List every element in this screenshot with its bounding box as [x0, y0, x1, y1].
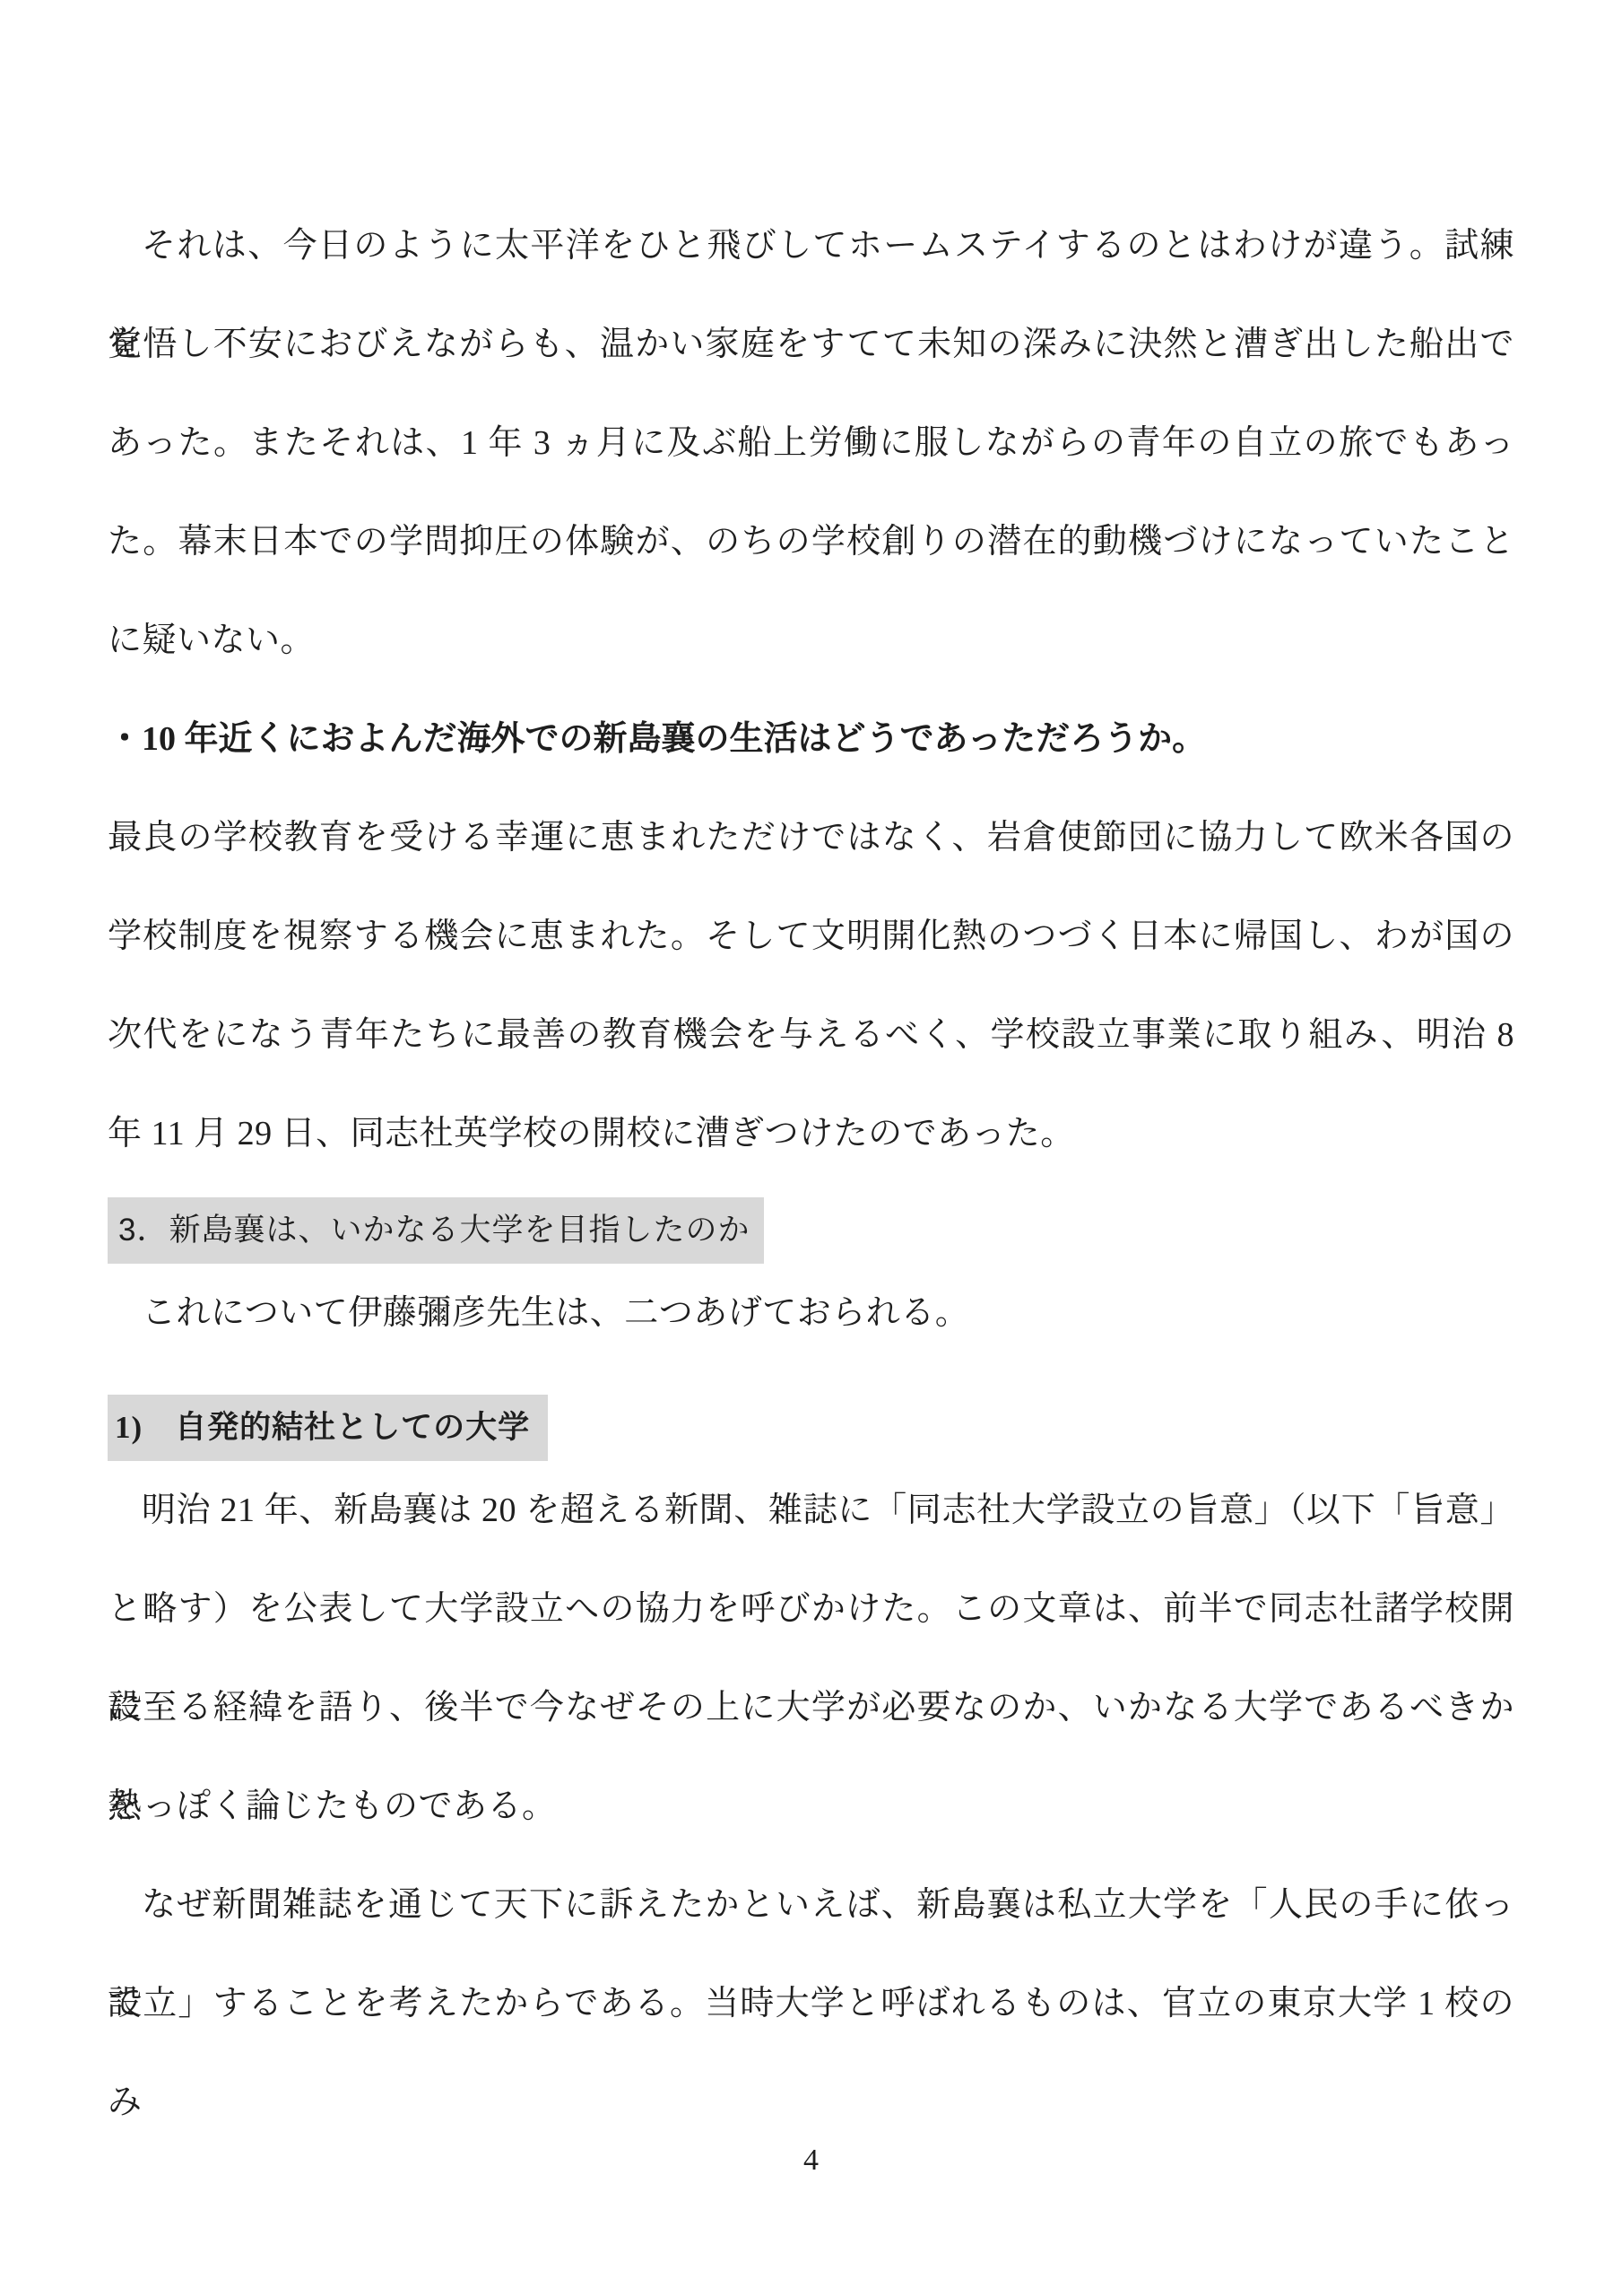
- text-line: に疑いない。: [108, 591, 1514, 690]
- section-heading-3: 3．新島襄は、いかなる大学を目指したのか: [108, 1197, 764, 1264]
- text-line: 明治 21 年、新島襄は 20 を超える新聞、雑誌に「同志社大学設立の旨意」（以…: [108, 1461, 1514, 1560]
- text-line: 熱っぽく論じたものである。: [108, 1757, 1514, 1856]
- text-line: これについて伊藤彌彦先生は、二つあげておられる。: [108, 1264, 1514, 1362]
- text-line: に至る経緯を語り、後半で今なぜその上に大学が必要なのか、いかなる大学であるべきか…: [108, 1658, 1514, 1757]
- text-line: あった。またそれは、1 年 3 ヵ月に及ぶ船上労働に服しながらの青年の自立の旅で…: [108, 394, 1514, 492]
- text-line: と略す）を公表して大学設立への協力を呼びかけた。この文章は、前半で同志社諸学校開…: [108, 1560, 1514, 1658]
- text-line: 学校制度を視察する機会に恵まれた。そして文明開化熱のつづく日本に帰国し、わが国の: [108, 887, 1514, 986]
- text-line: 覚悟し不安におびえながらも、温かい家庭をすてて未知の深みに決然と漕ぎ出した船出で: [108, 295, 1514, 394]
- document-page: それは、今日のように太平洋をひと飛びしてホームステイするのとはわけが違う。試練を…: [0, 0, 1622, 2296]
- bullet-heading: ・10 年近くにおよんだ海外での新島襄の生活はどうであっただろうか。: [108, 690, 1514, 788]
- subsection-heading-1: 1) 自発的結社としての大学: [108, 1395, 548, 1461]
- text-line: それは、今日のように太平洋をひと飛びしてホームステイするのとはわけが違う。試練を: [108, 196, 1514, 295]
- text-line: 次代をになう青年たちに最善の教育機会を与えるべく、学校設立事業に取り組み、明治 …: [108, 986, 1514, 1084]
- text-line: た。幕末日本での学問抑圧の体験が、のちの学校創りの潜在的動機づけになっていたこと: [108, 492, 1514, 591]
- subsection-heading-row: 1) 自発的結社としての大学: [108, 1395, 1514, 1461]
- text-line: 設立」することを考えたからである。当時大学と呼ばれるものは、官立の東京大学 1 …: [108, 1954, 1514, 2053]
- page-number: 4: [108, 2134, 1514, 2187]
- text-line: 年 11 月 29 日、同志社英学校の開校に漕ぎつけたのであった。: [108, 1084, 1514, 1183]
- section-heading-row: 3．新島襄は、いかなる大学を目指したのか: [108, 1197, 1514, 1264]
- text-line: なぜ新聞雑誌を通じて天下に訴えたかといえば、新島襄は私立大学を「人民の手に依って: [108, 1856, 1514, 1954]
- text-line: 最良の学校教育を受ける幸運に恵まれただけではなく、岩倉使節団に協力して欧米各国の: [108, 788, 1514, 887]
